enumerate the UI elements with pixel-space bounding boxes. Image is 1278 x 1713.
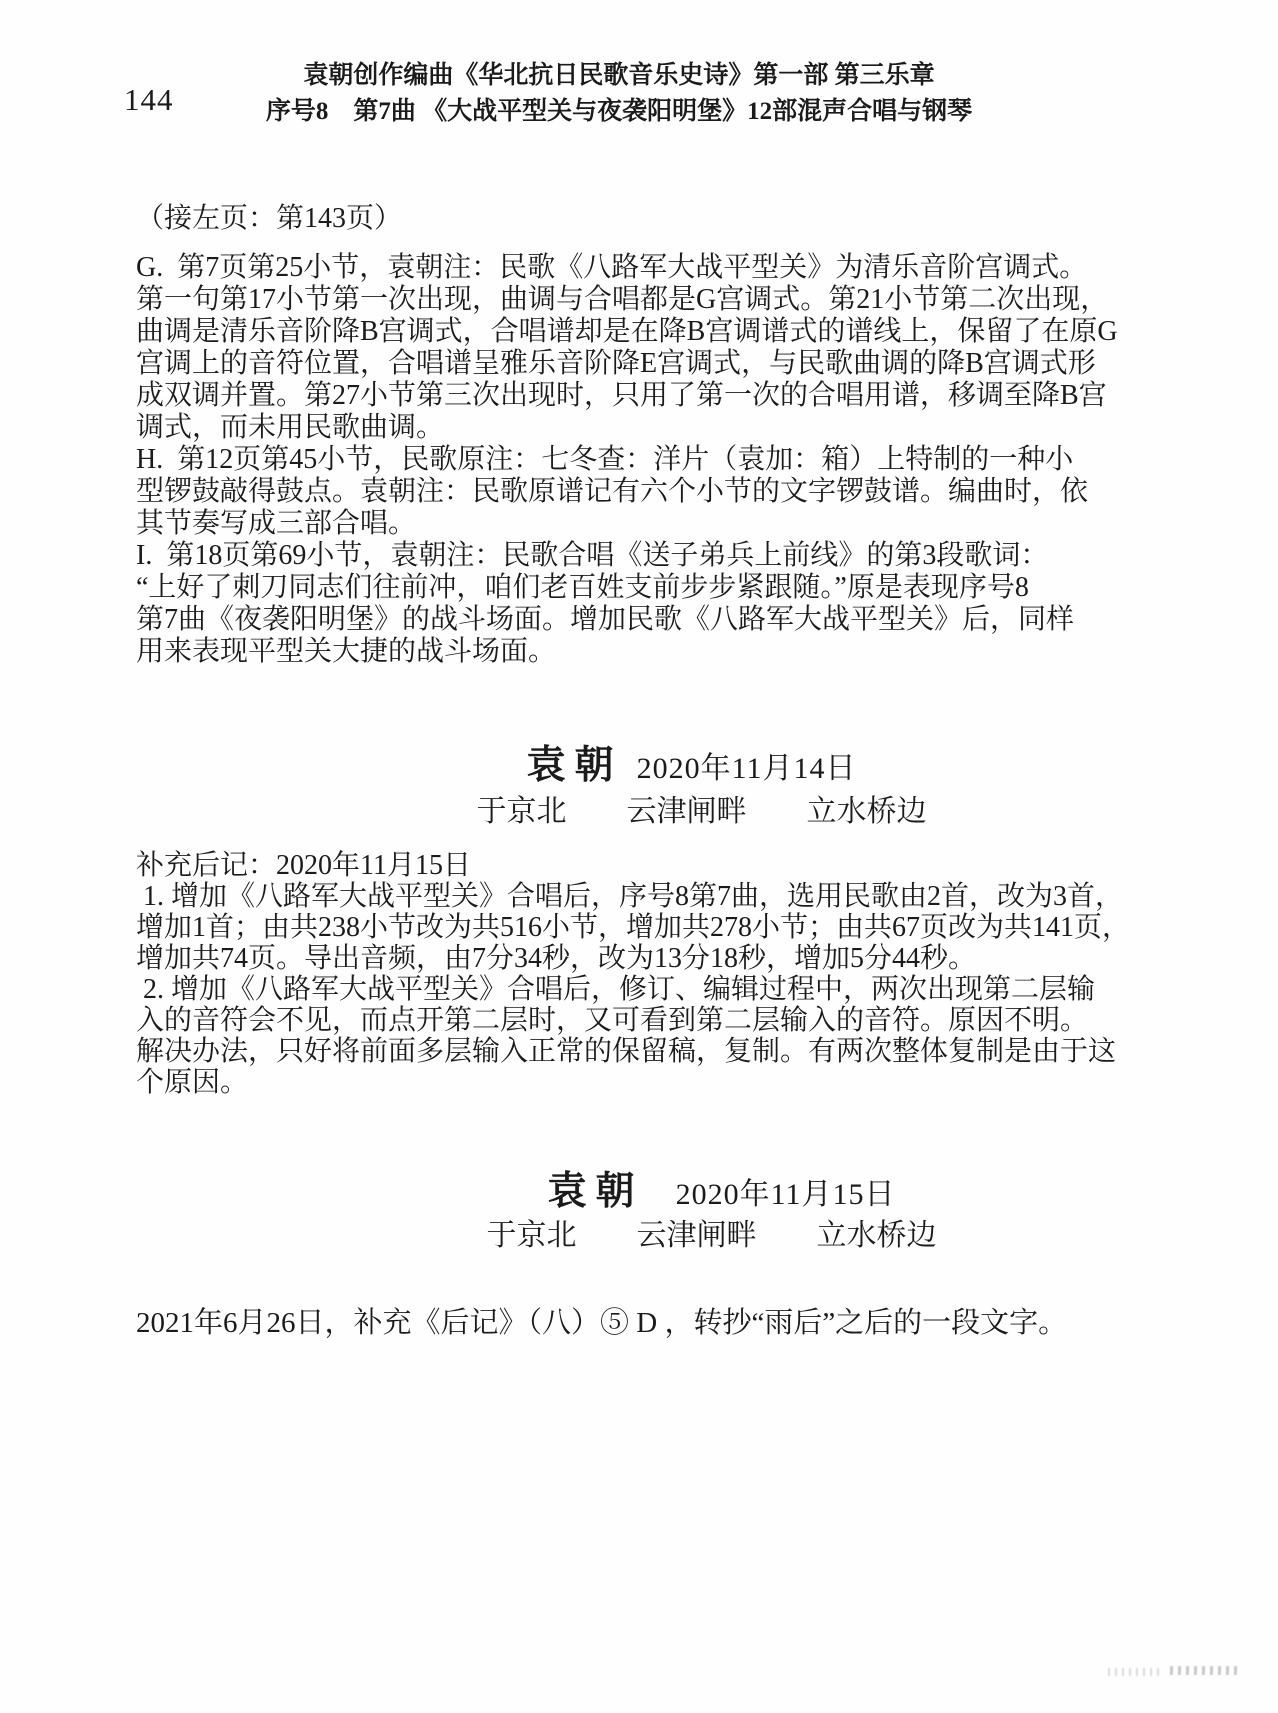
postscript-item1-line: 1. 增加《八路军大战平型关》合唱后，序号8第7曲，选用民歌由2首，改为3首，	[136, 881, 1130, 912]
postscript-item2-line: 2. 增加《八路军大战平型关》合唱后，修订、编辑过程中，两次出现第二层输	[136, 974, 1130, 1005]
running-header: 袁朝创作编曲《华北抗日民歌音乐史诗》第一部 第三乐章 序号8 第7曲 《大战平型…	[0, 58, 1278, 130]
note-g-line: 曲调是清乐音阶降B宫调式，合唱谱却是在降B宫调谱式的谱线上，保留了在原G	[136, 316, 1118, 348]
postscript-title: 补充后记：2020年11月15日	[136, 850, 1130, 881]
note-g-line: 调式，而未用民歌曲调。	[136, 412, 1118, 444]
note-h-line: H. 第12页第45小节，民歌原注：七冬查：洋片（袁加：箱）上特制的一种小	[136, 444, 1118, 476]
watermark-smudge	[1108, 1668, 1160, 1676]
watermark-smudge	[1170, 1666, 1240, 1675]
annotation-notes: G. 第7页第25小节，袁朝注：民歌《八路军大战平型关》为清乐音阶宫调式。 第一…	[136, 252, 1118, 668]
header-line-1: 袁朝创作编曲《华北抗日民歌音乐史诗》第一部 第三乐章	[0, 58, 1238, 94]
postscript: 补充后记：2020年11月15日 1. 增加《八路军大战平型关》合唱后，序号8第…	[136, 850, 1130, 1098]
signature-location: 于京北 云津闸畔 立水桥边	[0, 786, 1278, 830]
header-line-2: 序号8 第7曲 《大战平型关与夜袭阳明堡》12部混声合唱与钢琴	[0, 94, 1238, 130]
note-i-line: “上好了刺刀同志们往前冲，咱们老百姓支前步步紧跟随。”原是表现序号8	[136, 572, 1118, 604]
signature-location: 于京北 云津闸畔 立水桥边	[0, 1210, 1278, 1254]
signature-name: 袁朝	[548, 1170, 644, 1213]
note-g-line: G. 第7页第25小节，袁朝注：民歌《八路军大战平型关》为清乐音阶宫调式。	[136, 252, 1118, 284]
postscript-item2-line: 入的音符会不见，而点开第二层时，又可看到第二层输入的音符。原因不明。	[136, 1005, 1130, 1036]
postscript-item1-line: 增加共74页。导出音频，由7分34秒，改为13分18秒，增加5分44秒。	[136, 943, 1130, 974]
postscript-item1-line: 增加1首；由共238小节改为共516小节，增加共278小节；由共67页改为共14…	[136, 912, 1130, 943]
signature-date: 2020年11月14日	[637, 752, 857, 785]
continuation-note: （接左页：第143页）	[136, 196, 402, 236]
signature-name: 袁朝	[527, 744, 623, 787]
addendum-2021: 2021年6月26日，补充《后记》（八）⑤ D ，转抄“雨后”之后的一段文字。	[136, 1300, 1067, 1341]
note-i-line: 用来表现平型关大捷的战斗场面。	[136, 636, 1118, 668]
signature-date: 2020年11月15日	[676, 1178, 896, 1211]
note-g-line: 第一句第17小节第一次出现，曲调与合唱都是G宫调式。第21小节第二次出现，	[136, 284, 1118, 316]
document-page: 144 袁朝创作编曲《华北抗日民歌音乐史诗》第一部 第三乐章 序号8 第7曲 《…	[0, 0, 1278, 1713]
note-h-line: 其节奏写成三部合唱。	[136, 508, 1118, 540]
postscript-item2-line: 解决办法，只好将前面多层输入正常的保留稿，复制。有两次整体复制是由于这	[136, 1036, 1130, 1067]
signature-block-1: 袁朝2020年11月14日	[0, 734, 1278, 790]
note-h-line: 型锣鼓敲得鼓点。袁朝注：民歌原谱记有六个小节的文字锣鼓谱。编曲时，依	[136, 476, 1118, 508]
note-g-line: 宫调上的音符位置，合唱谱呈雅乐音阶降E宫调式，与民歌曲调的降B宫调式形	[136, 348, 1118, 380]
postscript-item2-line: 个原因。	[136, 1067, 1130, 1098]
signature-block-2: 袁朝2020年11月15日	[0, 1160, 1278, 1216]
note-g-line: 成双调并置。第27小节第三次出现时，只用了第一次的合唱用谱，移调至降B宫	[136, 380, 1118, 412]
note-i-line: 第7曲《夜袭阳明堡》的战斗场面。增加民歌《八路军大战平型关》后，同样	[136, 604, 1118, 636]
note-i-line: I. 第18页第69小节，袁朝注：民歌合唱《送子弟兵上前线》的第3段歌词：	[136, 540, 1118, 572]
